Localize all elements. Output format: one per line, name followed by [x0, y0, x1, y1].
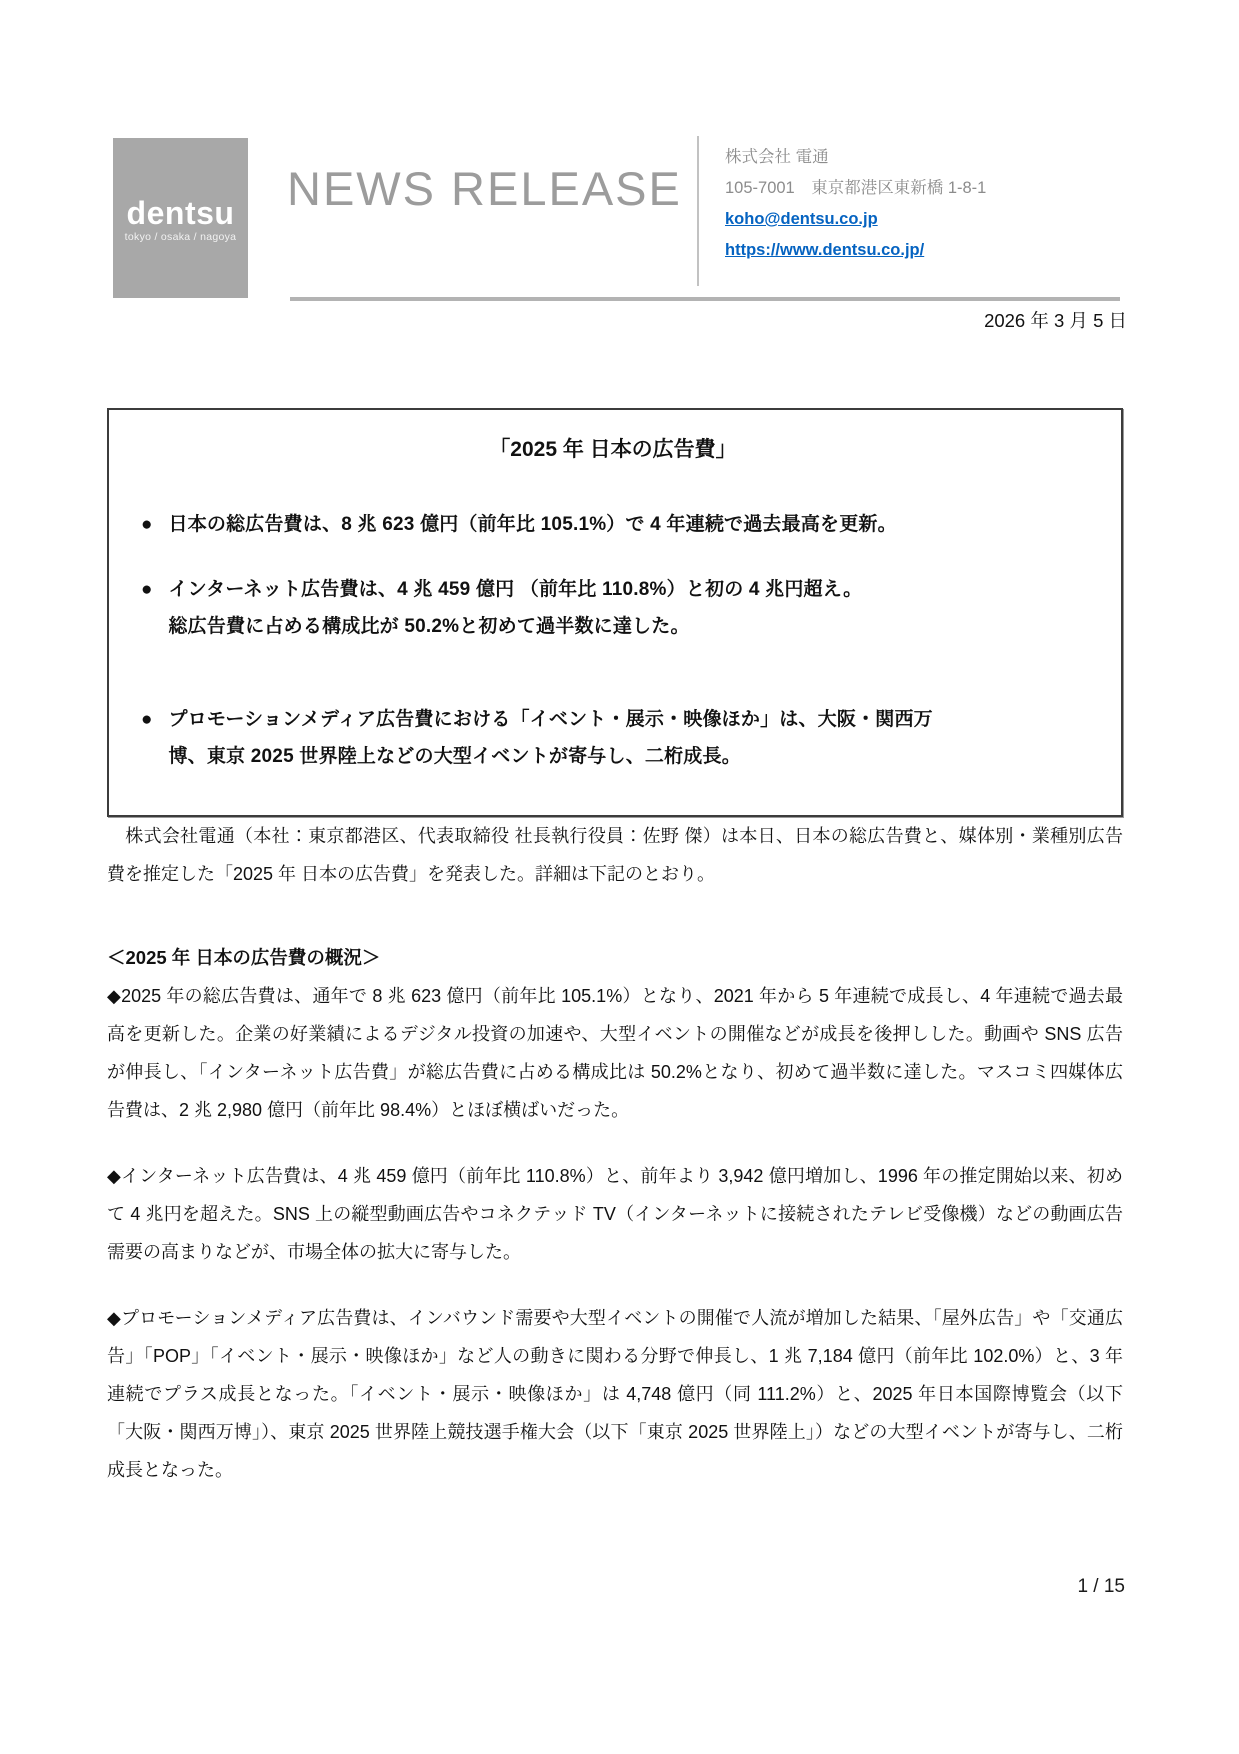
bullet-marker-icon: ● — [141, 701, 152, 775]
lead-paragraph: 株式会社電通（本社：東京都港区、代表取締役 社長執行役員：佐野 傑）は本日、日本… — [107, 817, 1123, 893]
bullet-marker-icon: ● — [141, 506, 152, 543]
contact-block: 株式会社 電通 105-7001 東京都港区東新橋 1-8-1 koho@den… — [725, 142, 986, 266]
dentsu-logo: dentsu tokyo / osaka / nagoya — [113, 138, 248, 298]
company-url-link[interactable]: https://www.dentsu.co.jp/ — [725, 241, 924, 259]
section-heading: ＜2025 年 日本の広告費の概況＞ — [107, 939, 1123, 977]
body-paragraph: ◆2025 年の総広告費は、通年で 8 兆 623 億円（前年比 105.1%）… — [107, 977, 1123, 1129]
bullet-text: プロモーションメディア広告費における「イベント・展示・映像ほか」は、大阪・関西万… — [168, 701, 932, 775]
report-title: 「2025 年 日本の広告費」 — [141, 436, 1085, 464]
company-address: 105-7001 東京都港区東新橋 1-8-1 — [725, 173, 986, 204]
bullet-text: 日本の総広告費は、8 兆 623 億円（前年比 105.1%）で 4 年連続で過… — [168, 506, 896, 543]
press-release-page: dentsu tokyo / osaka / nagoya NEWS RELEA… — [0, 0, 1239, 1754]
logo-wordmark: dentsu — [127, 196, 235, 230]
release-date: 2026 年 3 月 5 日 — [984, 307, 1127, 333]
body-paragraph: ◆プロモーションメディア広告費は、インバウンド需要や大型イベントの開催で人流が増… — [107, 1299, 1123, 1489]
contact-email-link[interactable]: koho@dentsu.co.jp — [725, 210, 878, 228]
bullet-marker-icon: ● — [141, 571, 152, 645]
highlight-box: 「2025 年 日本の広告費」 ● 日本の総広告費は、8 兆 623 億円（前年… — [107, 408, 1123, 817]
body-paragraph: ◆インターネット広告費は、4 兆 459 億円（前年比 110.8%）と、前年よ… — [107, 1157, 1123, 1271]
document-body: 「2025 年 日本の広告費」 ● 日本の総広告費は、8 兆 623 億円（前年… — [107, 408, 1123, 1489]
highlight-bullet: ● インターネット広告費は、4 兆 459 億円 （前年比 110.8%）と初の… — [141, 571, 1085, 645]
bullet-text: インターネット広告費は、4 兆 459 億円 （前年比 110.8%）と初の 4… — [168, 571, 862, 645]
header-vertical-divider — [697, 136, 699, 286]
highlight-bullet: ● プロモーションメディア広告費における「イベント・展示・映像ほか」は、大阪・関… — [141, 701, 1085, 775]
company-name: 株式会社 電通 — [725, 142, 986, 173]
news-release-title: NEWS RELEASE — [287, 163, 682, 215]
header-horizontal-rule — [290, 297, 1120, 301]
page-number: 1 / 15 — [1077, 1576, 1125, 1598]
highlight-bullet: ● 日本の総広告費は、8 兆 623 億円（前年比 105.1%）で 4 年連続… — [141, 506, 1085, 543]
logo-cities: tokyo / osaka / nagoya — [125, 230, 237, 244]
